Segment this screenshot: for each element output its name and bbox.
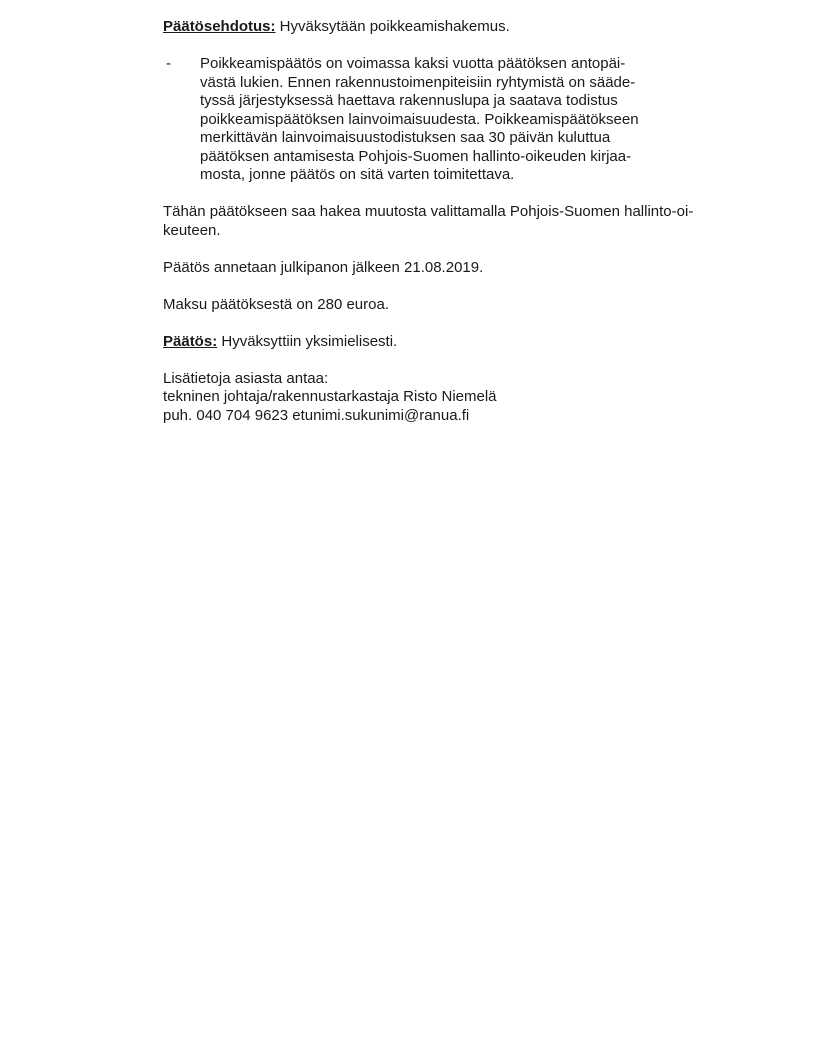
contact-line: tekninen johtaja/rakennustarkastaja Rist… [163, 388, 743, 407]
bullet-line: Poikkeamispäätös on voimassa kaksi vuott… [200, 55, 743, 74]
bullet-line: poikkeamispäätöksen lainvoimaisuudesta. … [200, 111, 743, 130]
proposal-paragraph: Päätösehdotus: Hyväksytään poikkeamishak… [163, 18, 743, 37]
bullet-dash: - [166, 55, 171, 74]
bullet-line: merkittävän lainvoimaisuustodistuksen sa… [200, 129, 743, 148]
contact-paragraph: Lisätietoja asiasta antaa: tekninen joht… [163, 370, 743, 426]
bullet-line: mosta, jonne päätös on sitä varten toimi… [200, 166, 743, 185]
spacer [163, 351, 743, 370]
bullet-line: päätöksen antamisesta Pohjois-Suomen hal… [200, 148, 743, 167]
contact-line: Lisätietoja asiasta antaa: [163, 370, 743, 389]
spacer [163, 314, 743, 333]
contact-line: puh. 040 704 9623 etunimi.sukunimi@ranua… [163, 407, 743, 426]
spacer [163, 37, 743, 56]
decision-label: Päätös: [163, 333, 217, 350]
bullet-line: västä lukien. Ennen rakennustoimenpiteis… [200, 74, 743, 93]
proposal-label: Päätösehdotus: [163, 18, 276, 35]
appeal-line: Tähän päätökseen saa hakea muutosta vali… [163, 203, 743, 222]
fee-paragraph: Maksu päätöksestä on 280 euroa. [163, 296, 743, 315]
decision-paragraph: Päätös: Hyväksyttiin yksimielisesti. [163, 333, 743, 352]
proposal-text: Hyväksytään poikkeamishakemus. [276, 18, 510, 35]
issued-paragraph: Päätös annetaan julkipanon jälkeen 21.08… [163, 259, 743, 278]
spacer [163, 277, 743, 296]
appeal-line: keuteen. [163, 222, 743, 241]
bullet-line: tyssä järjestyksessä haettava rakennuslu… [200, 92, 743, 111]
spacer [163, 185, 743, 204]
appeal-paragraph: Tähän päätökseen saa hakea muutosta vali… [163, 203, 743, 240]
spacer [163, 240, 743, 259]
decision-text: Hyväksyttiin yksimielisesti. [217, 333, 397, 350]
document-page: Päätösehdotus: Hyväksytään poikkeamishak… [163, 18, 743, 425]
bullet-text: Poikkeamispäätös on voimassa kaksi vuott… [200, 55, 743, 185]
validity-bullet: - Poikkeamispäätös on voimassa kaksi vuo… [163, 55, 743, 185]
